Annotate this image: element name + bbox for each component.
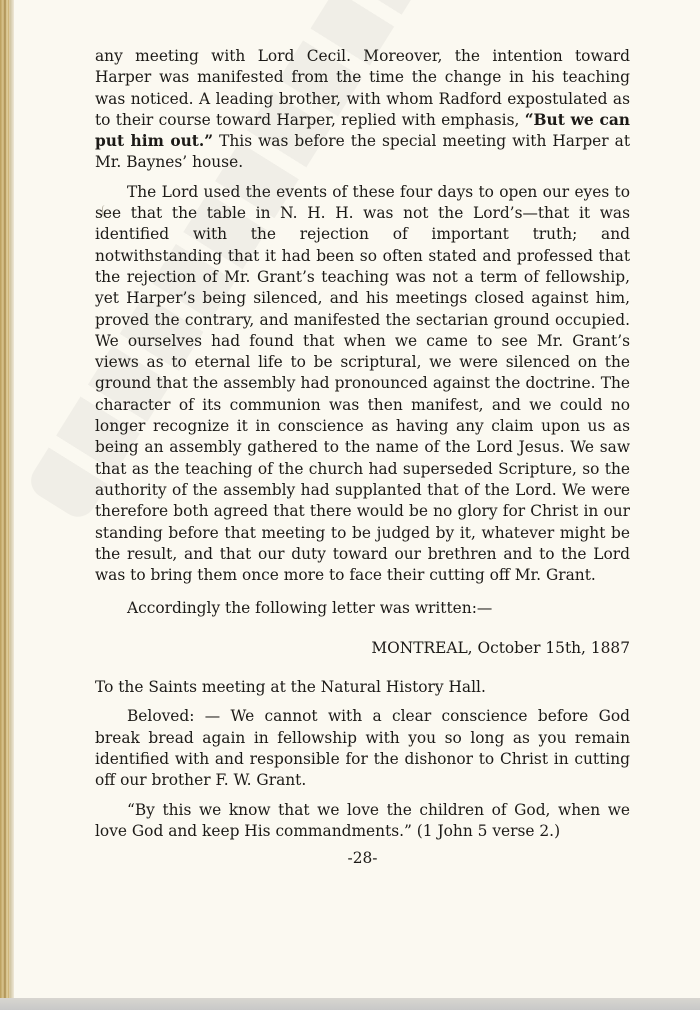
letter-addressee: To the Saints meeting at the Natural His… [95,677,630,698]
paragraph-2: The Lord used the events of these four d… [95,182,630,587]
scan-bottom-edge [0,998,700,1010]
paragraph-1: any meeting with Lord Cecil. Moreover, t… [95,46,630,174]
letter-dateline: MONTREAL, October 15th, 1887 [95,638,630,659]
book-spine [0,0,10,1010]
page-number: -28- [95,848,630,869]
letter-body: Beloved: — We cannot with a clear consci… [95,706,630,791]
page-body-text: any meeting with Lord Cecil. Moreover, t… [95,46,630,869]
letter-scripture-quote: “By this we know that we love the childr… [95,800,630,843]
paragraph-3: Accordingly the following letter was wri… [95,598,630,619]
